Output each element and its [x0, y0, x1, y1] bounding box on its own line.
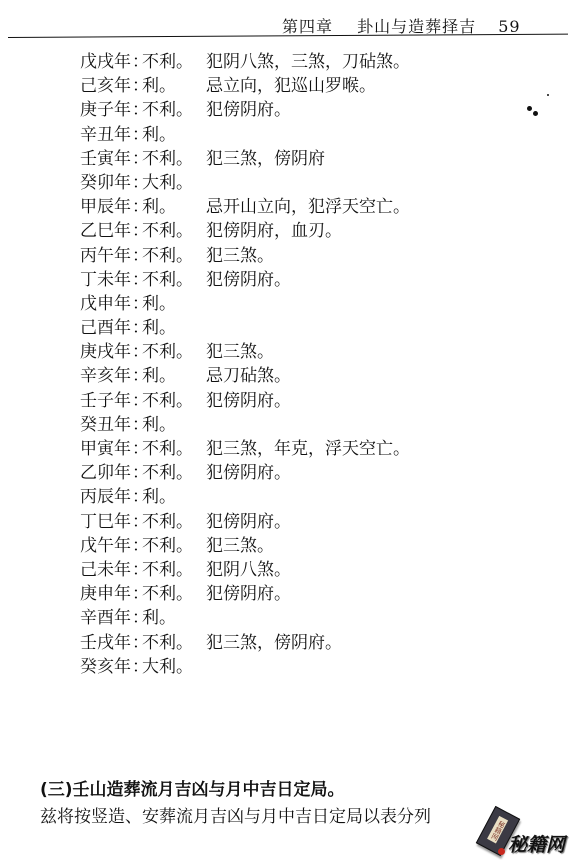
verdict: 不利。	[142, 558, 206, 582]
note: 犯三煞。	[206, 246, 274, 266]
year-label: 癸亥年	[80, 655, 132, 679]
year-label: 壬子年	[80, 389, 132, 413]
year-label: 甲辰年	[80, 195, 132, 219]
verdict: 利。	[142, 413, 206, 437]
note: 忌立向，犯巡山罗喉。	[206, 76, 376, 96]
separator: ：	[132, 340, 142, 364]
verdict: 大利。	[142, 655, 206, 679]
year-entry: 己未年：不利。犯阴八煞。	[80, 558, 500, 582]
year-label: 辛酉年	[80, 606, 132, 630]
year-entry: 庚申年：不利。犯傍阴府。	[80, 582, 500, 606]
year-entry: 辛酉年：利。	[80, 606, 500, 630]
watermark-text: 秘籍网	[508, 830, 565, 857]
year-entry: 戊午年：不利。犯三煞。	[80, 534, 500, 558]
separator: ：	[132, 195, 142, 219]
verdict: 不利。	[142, 437, 206, 461]
verdict: 不利。	[142, 510, 206, 534]
verdict: 不利。	[142, 268, 206, 292]
separator: ：	[132, 171, 142, 195]
verdict: 不利。	[142, 340, 206, 364]
year-entry: 丙午年：不利。犯三煞。	[80, 244, 500, 268]
verdict: 利。	[142, 316, 206, 340]
body-paragraph: 兹将按竖造、安葬流月吉凶与月中吉日定局以表分列	[40, 802, 431, 827]
year-label: 己亥年	[80, 74, 132, 98]
chapter-title: 卦山与造葬择吉	[357, 17, 476, 36]
separator: ：	[132, 485, 142, 509]
verdict: 不利。	[142, 147, 206, 171]
note: 犯傍阴府，血刃。	[206, 221, 342, 241]
note: 犯三煞，傍阴府。	[206, 633, 342, 653]
year-label: 癸卯年	[80, 171, 132, 195]
separator: ：	[132, 316, 142, 340]
verdict: 不利。	[142, 631, 206, 655]
year-label: 甲寅年	[80, 437, 132, 461]
scan-speck	[533, 111, 538, 116]
note: 犯傍阴府。	[206, 463, 291, 483]
verdict: 利。	[142, 123, 206, 147]
note: 犯三煞。	[206, 536, 274, 556]
year-label: 庚申年	[80, 582, 132, 606]
verdict: 利。	[142, 74, 206, 98]
year-entry: 辛丑年：利。	[80, 123, 500, 147]
separator: ：	[132, 655, 142, 679]
year-entry: 庚子年：不利。犯傍阴府。	[80, 98, 500, 122]
year-label: 辛亥年	[80, 364, 132, 388]
separator: ：	[132, 606, 142, 630]
separator: ：	[132, 50, 142, 74]
verdict: 不利。	[142, 582, 206, 606]
year-label: 戊戌年	[80, 50, 132, 74]
separator: ：	[132, 582, 142, 606]
year-label: 戊申年	[80, 292, 132, 316]
separator: ：	[132, 292, 142, 316]
year-entry: 甲辰年：利。忌开山立向，犯浮天空亡。	[80, 195, 500, 219]
verdict: 不利。	[142, 389, 206, 413]
separator: ：	[132, 98, 142, 122]
year-entry: 丁巳年：不利。犯傍阴府。	[80, 510, 500, 534]
separator: ：	[132, 413, 142, 437]
verdict: 利。	[142, 606, 206, 630]
verdict: 不利。	[142, 50, 206, 74]
verdict: 不利。	[142, 244, 206, 268]
separator: ：	[132, 123, 142, 147]
separator: ：	[132, 147, 142, 171]
year-label: 壬戌年	[80, 631, 132, 655]
year-entry: 癸卯年：大利。	[80, 171, 500, 195]
year-label: 辛丑年	[80, 123, 132, 147]
year-label: 丙辰年	[80, 485, 132, 509]
year-entry: 乙卯年：不利。犯傍阴府。	[80, 461, 500, 485]
note: 犯傍阴府。	[206, 584, 291, 604]
note: 犯三煞，傍阴府	[206, 149, 325, 169]
separator: ：	[132, 510, 142, 534]
year-entry: 壬子年：不利。犯傍阴府。	[80, 389, 500, 413]
year-label: 丁巳年	[80, 510, 132, 534]
year-entry: 甲寅年：不利。犯三煞，年克，浮天空亡。	[80, 437, 500, 461]
chapter-label: 第四章	[282, 17, 333, 36]
separator: ：	[132, 364, 142, 388]
year-label: 己酉年	[80, 316, 132, 340]
verdict: 不利。	[142, 219, 206, 243]
separator: ：	[132, 631, 142, 655]
year-label: 乙巳年	[80, 219, 132, 243]
scan-speck	[527, 106, 532, 111]
year-entry: 己酉年：利。	[80, 316, 500, 340]
year-entry: 癸丑年：利。	[80, 413, 500, 437]
verdict: 不利。	[142, 98, 206, 122]
year-entry: 丁未年：不利。犯傍阴府。	[80, 268, 500, 292]
year-entry: 乙巳年：不利。犯傍阴府，血刃。	[80, 219, 500, 243]
year-entry: 壬戌年：不利。犯三煞，傍阴府。	[80, 631, 500, 655]
note: 犯傍阴府。	[206, 270, 291, 290]
seal-dot-icon	[498, 848, 505, 855]
note: 忌刀砧煞。	[206, 366, 291, 386]
scan-speck	[547, 94, 549, 96]
year-entries-list: 戊戌年：不利。犯阴八煞，三煞，刀砧煞。己亥年：利。忌立向，犯巡山罗喉。庚子年：不…	[80, 50, 500, 679]
verdict: 利。	[142, 195, 206, 219]
year-entry: 壬寅年：不利。犯三煞，傍阴府	[80, 147, 500, 171]
separator: ：	[132, 558, 142, 582]
verdict: 大利。	[142, 171, 206, 195]
year-entry: 癸亥年：大利。	[80, 655, 500, 679]
separator: ：	[132, 534, 142, 558]
separator: ：	[132, 389, 142, 413]
year-entry: 丙辰年：利。	[80, 485, 500, 509]
separator: ：	[132, 219, 142, 243]
year-label: 乙卯年	[80, 461, 132, 485]
note: 犯傍阴府。	[206, 512, 291, 532]
year-label: 庚子年	[80, 98, 132, 122]
year-label: 癸丑年	[80, 413, 132, 437]
verdict: 利。	[142, 364, 206, 388]
separator: ：	[132, 268, 142, 292]
note: 犯阴八煞。	[206, 560, 291, 580]
note: 犯傍阴府。	[206, 391, 291, 411]
year-entry: 辛亥年：利。忌刀砧煞。	[80, 364, 500, 388]
year-entry: 戊戌年：不利。犯阴八煞，三煞，刀砧煞。	[80, 50, 500, 74]
note: 犯三煞，年克，浮天空亡。	[206, 439, 410, 459]
year-entry: 庚戌年：不利。犯三煞。	[80, 340, 500, 364]
note: 犯傍阴府。	[206, 100, 291, 120]
note: 犯三煞。	[206, 342, 274, 362]
separator: ：	[132, 461, 142, 485]
page-header: 第四章 卦山与造葬择吉 59	[0, 0, 570, 44]
year-label: 己未年	[80, 558, 132, 582]
separator: ：	[132, 244, 142, 268]
year-label: 戊午年	[80, 534, 132, 558]
separator: ：	[132, 437, 142, 461]
year-label: 壬寅年	[80, 147, 132, 171]
year-entry: 戊申年：利。	[80, 292, 500, 316]
note: 犯阴八煞，三煞，刀砧煞。	[206, 52, 410, 72]
book-label: 秘籍网	[487, 816, 508, 844]
verdict: 利。	[142, 485, 206, 509]
separator: ：	[132, 74, 142, 98]
verdict: 利。	[142, 292, 206, 316]
year-label: 庚戌年	[80, 340, 132, 364]
year-label: 丙午年	[80, 244, 132, 268]
year-label: 丁未年	[80, 268, 132, 292]
verdict: 不利。	[142, 534, 206, 558]
note: 忌开山立向，犯浮天空亡。	[206, 197, 410, 217]
verdict: 不利。	[142, 461, 206, 485]
year-entry: 己亥年：利。忌立向，犯巡山罗喉。	[80, 74, 500, 98]
watermark-logo: 秘籍网 秘籍网	[484, 810, 570, 860]
section-heading: (三)壬山造葬流月吉凶与月中吉日定局。	[40, 775, 345, 800]
